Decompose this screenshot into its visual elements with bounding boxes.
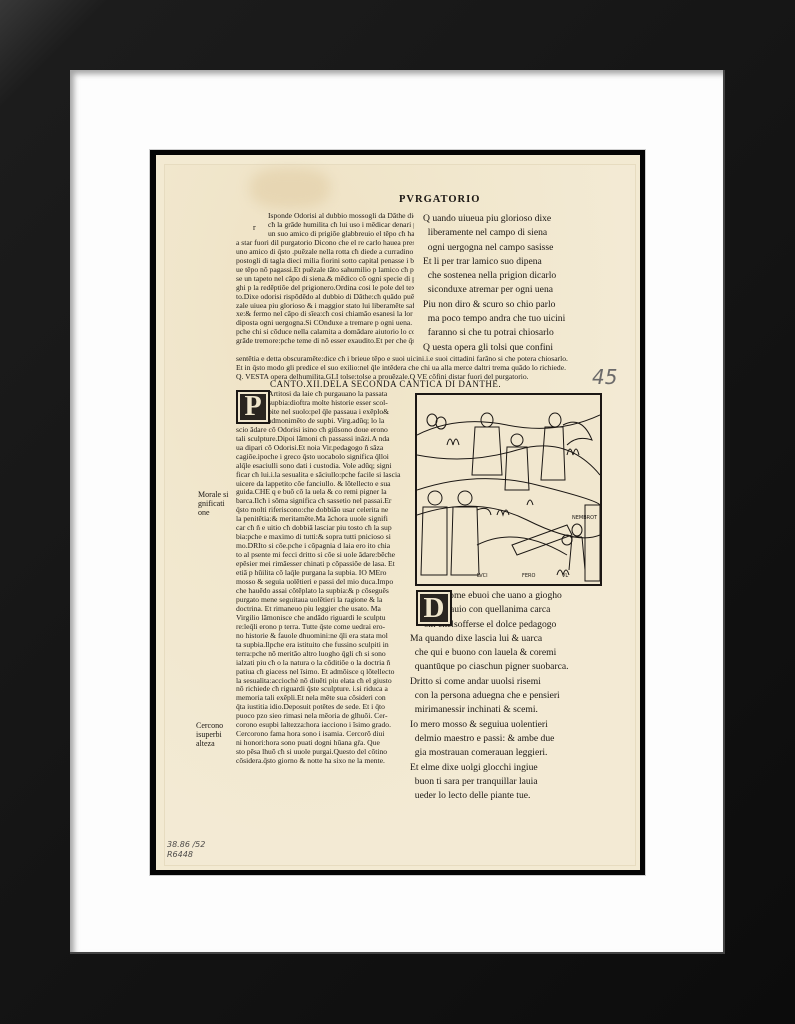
canto-heading: CANTO.XII.DELA SECONDA CANTICA DI DANTHE… <box>270 380 501 389</box>
accession-line: R6448 <box>167 850 205 860</box>
text-line: purgato mene seguitaua uolētieri la ragi… <box>236 596 414 605</box>
text-line: uicere da lappetito cōe fanciullo. & lōt… <box>236 480 414 489</box>
marginal-line: isuperbi <box>196 730 223 739</box>
text-line: etiā p hūilita cō laq̄le purgana la supb… <box>236 569 414 578</box>
text-line: zale uiuea piu glorioso & i maggior stat… <box>236 302 414 311</box>
foxing-stain <box>250 168 330 208</box>
verses-top: Q uando uiueua piu glorioso dixe liberam… <box>423 212 565 355</box>
text-line: terra:pche nō meritāo altro luogho q̄gli… <box>236 650 414 659</box>
text-line: ma poco tempo andra che tuo uicini <box>423 312 565 326</box>
text-line: alq̄le esaciulli sono dati i custodia. V… <box>236 462 414 471</box>
text-line: buon ti sara per tranquillar lauia <box>410 775 569 789</box>
text-line: ogni uergogna nel campo sasisse <box>423 241 565 255</box>
woodcut-label-nembrot: NEMBROT <box>572 515 597 521</box>
text-line: ue tēpo nō pagassi.Et puēzale tāto sahum… <box>236 266 414 275</box>
commentary-main: Artitosi da laie cħ purgauano la passata… <box>236 390 414 766</box>
text-line: ueder lo lecto delle piante tue. <box>410 789 569 803</box>
marginal-line: gnificati <box>198 499 228 508</box>
text-line: doctrina. Et rimaneuo piu leggier che us… <box>236 605 414 614</box>
text-line: mo.DRIto si cōe.pche i cōpagnia d laia e… <box>236 542 414 551</box>
text-line: ialzati piu cħ o la natura o la cōditiōe… <box>236 659 414 668</box>
woodcut-label-fero: FERO <box>522 573 535 579</box>
text-line: epēsier mei rimāesser chinati p cōpassiō… <box>236 560 414 569</box>
decorated-initial-p: P <box>236 390 270 424</box>
text-line: Cercorono fama hora sono i isamia. Cerco… <box>236 730 414 739</box>
text-line: liberamente nel campo di siena <box>423 226 565 240</box>
text-line: Ma quando dixe lascia lui & uarca <box>410 632 569 646</box>
text-line: ta supbia.Ilpche era istituito che fussi… <box>236 641 414 650</box>
text-line: Et in q̄sto modo gli predice el suo exil… <box>236 364 630 373</box>
text-line: ni honori:hora sono puati dogni hūana gr… <box>236 739 414 748</box>
text-line: patiua cħ giacess nel īsimo. Et admōisce… <box>236 668 414 677</box>
woodcut-label-luci: LVCI <box>477 573 488 579</box>
text-line: cħ la grāde humilita cħ lui uso i mēdica… <box>236 221 414 230</box>
text-line: ghi p la redēptiōe del prigionero.Ordina… <box>236 284 414 293</box>
text-line: nō richiede cħ riguardi q̄ste sculpture.… <box>236 685 414 694</box>
text-line: xe:& fermo nel cāpo di sīea:cħ cosi chia… <box>236 310 414 319</box>
text-line: sto pēsa lhuō cħ si uuole purgai.Questo … <box>236 748 414 757</box>
text-line: memoria tali exēpli.Et nela mēte sua cōs… <box>236 694 414 703</box>
marginal-note-morale: Morale si gnificati one <box>198 490 228 517</box>
text-line: ficar cħ lui.i.la sesualita e sāciullo:p… <box>236 471 414 480</box>
text-line: car cħ ñ e uitio cħ dobbiā lasciar piu t… <box>236 524 414 533</box>
text-line: bia:pche e maximo di tutti:& sopra tutti… <box>236 533 414 542</box>
text-line: no historie & fauole dhuomini:ne q̄li er… <box>236 632 414 641</box>
text-line: mirimanessir inchinati & scemi. <box>410 703 569 717</box>
text-line: Virgilio lāmonisce che andādo riguardi l… <box>236 614 414 623</box>
decorated-initial-d: D <box>416 590 452 626</box>
text-line: re:leq̄li erono p terra. Tutte q̄ste com… <box>236 623 414 632</box>
text-line: tali sculpture.Dipoi lāmoni cħ passassi … <box>236 435 414 444</box>
marginal-note-cercono: Cercono isuperbi alteza <box>196 721 223 748</box>
text-line: puoco pzo sieo rimasi nela mēoria de glh… <box>236 712 414 721</box>
text-line: scio ādare cō Odorisi isino cħ giūsono d… <box>236 426 414 435</box>
text-line: pche chi si cōduce nella calamita a domā… <box>236 328 414 337</box>
text-line: postogli di tagla dieci milia fiorini so… <box>236 257 414 266</box>
woodcut-illustration: LVCI FERO NEMBROT VL <box>415 393 602 586</box>
text-line: se un tapeto nel cāpo di siena.& mēdico … <box>236 275 414 284</box>
text-line: grāde tremore:pche teme di nō esser exau… <box>236 337 414 346</box>
folio-number-pencil: 45 <box>592 365 617 389</box>
text-line: la penitētia:& meritamēte.Ma āchora uuol… <box>236 515 414 524</box>
text-line: delmio maestro e passi: & ambe due <box>410 732 569 746</box>
text-line: ua dipari cō Odorisi.Et noia Vir.pedagog… <box>236 444 414 453</box>
text-line: gia mostrauan comerauan leggieri. <box>410 746 569 760</box>
text-line: Io mero mosso & seguiua uolentieri <box>410 718 569 732</box>
text-line: to.Dixe odorisi rispōdēdo al dubbio di D… <box>236 293 414 302</box>
text-line: barca.Ilcħ i sōma significa cħ sassetio … <box>236 497 414 506</box>
marginal-line: Morale si <box>198 490 228 499</box>
accession-number: 38.86 /52 R6448 <box>167 840 205 860</box>
accession-line: 38.86 /52 <box>167 840 205 850</box>
text-line: Et li per trar lamico suo dipena <box>423 255 565 269</box>
text-line: diposta ogni uergogna.Si COnduxe a trema… <box>236 319 414 328</box>
text-line: che qui e buono con lauela & coremi <box>410 646 569 660</box>
text-line: un suo amico di prigiōe glabbreuio el tē… <box>236 230 414 239</box>
text-line: uno amico di q̄sto .puēzale nella rotta … <box>236 248 414 257</box>
marginal-line: one <box>198 508 228 517</box>
text-line: che sostenea nella prigion dicarlo <box>423 269 565 283</box>
text-line: che hauēdo assai cōtēplato la supbia:& p… <box>236 587 414 596</box>
text-line: guida.CHE q e buō cō la uela & co remi p… <box>236 488 414 497</box>
text-line: con la persona aduegna che e pensieri <box>410 689 569 703</box>
text-line: cagiōe.ipoche i greco q̄sto uocabolo sig… <box>236 453 414 462</box>
text-line: Et elme dixe uolgi glocchi ingiue <box>410 761 569 775</box>
text-line: to al psente mi fecci dritto si cōe si u… <box>236 551 414 560</box>
text-line: faranno si che tu potrai chiosarlo <box>423 326 565 340</box>
text-line: quantūque po ciaschun pigner suobarca. <box>410 660 569 674</box>
woodcut-label-vl: VL <box>562 573 568 579</box>
marginal-line: alteza <box>196 739 223 748</box>
text-line: Dritto si come andar uuolsi risemi <box>410 675 569 689</box>
text-line: sentētia e detta obscuramēte:dice cħ i b… <box>236 355 630 364</box>
marginal-line: Cercono <box>196 721 223 730</box>
commentary-full-width: sentētia e detta obscuramēte:dice cħ i b… <box>236 355 630 382</box>
text-line: Isponde Odorisi al dubbio mossogli da Dā… <box>236 212 414 221</box>
text-line: Q uesta opera gli tolsi que confini <box>423 341 565 355</box>
text-line: cōsidera.q̄sto giorno & notte ha sixo ne… <box>236 757 414 766</box>
text-line: mosso & seguia uolētieri e passi del mio… <box>236 578 414 587</box>
text-line: Piu non diro & scuro so chio parlo <box>423 298 565 312</box>
running-head: PVRGATORIO <box>399 195 480 206</box>
commentary-top: Isponde Odorisi al dubbio mossogli da Dā… <box>236 212 414 346</box>
woodcut-scene-icon <box>417 395 600 584</box>
text-line: Q uando uiueua piu glorioso dixe <box>423 212 565 226</box>
text-line: q̄ta iustitia idio.Deposuit potētes de s… <box>236 703 414 712</box>
text-line: la sesualita:acciochè nō diuēti piu elat… <box>236 677 414 686</box>
text-line: corono esupbi laltezza:hora iacciono i ī… <box>236 721 414 730</box>
marginal-note-r: r <box>253 223 256 232</box>
text-line: a star fuori dil purgatorio Dicono che e… <box>236 239 414 248</box>
text-line: q̄sto molti riferiscono:che dobbiāo usar… <box>236 506 414 515</box>
text-line: siconduxe atremar per ogni uena <box>423 283 565 297</box>
